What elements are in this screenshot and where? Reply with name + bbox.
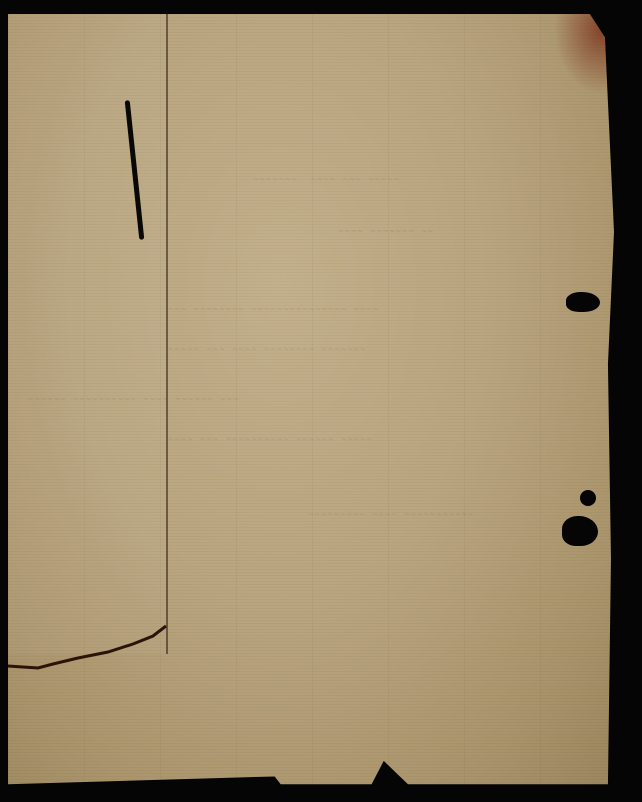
ghost-text-line: ~~~~~~~~~ ~~~~ ~~~~~~~~~~~ — [308, 509, 474, 521]
rust-stain — [554, 14, 614, 94]
bottom-left-crack — [8, 624, 168, 674]
paper-sheet: ~~~~~~~ ~~~~ ~~~ ~~~~~ ~~~~ ~~~~~~~ ~~ ~… — [8, 14, 614, 792]
left-fold-panel — [8, 14, 168, 654]
ghost-text-line: ~~~~ ~~~ ~~~~~~~~~~ ~~~~~~ ~~~~~ — [168, 434, 373, 446]
ghost-text-line: ~~~~~~ ~~~~~~~~~~ ~~~~ ~~~~~~ ~~~ — [28, 394, 239, 406]
ghost-text-line: ~~~~ ~~~~~~~ ~~ — [338, 226, 434, 238]
paper-hole — [562, 516, 598, 546]
paper-hole — [580, 490, 596, 506]
ghost-text-line: ~~~~~ ~~~ ~~~~ ~~~~~~~~ ~~~~~~~ — [168, 344, 366, 356]
ghost-text-line: ~~~~~~~ ~~~~ ~~~ ~~~~~ — [253, 174, 400, 186]
ghost-text-line: ~~~ ~~~~~~~~ ~~~~~~~~~~~~~~~ ~~~~ — [168, 304, 379, 316]
paper-hole — [566, 292, 600, 312]
